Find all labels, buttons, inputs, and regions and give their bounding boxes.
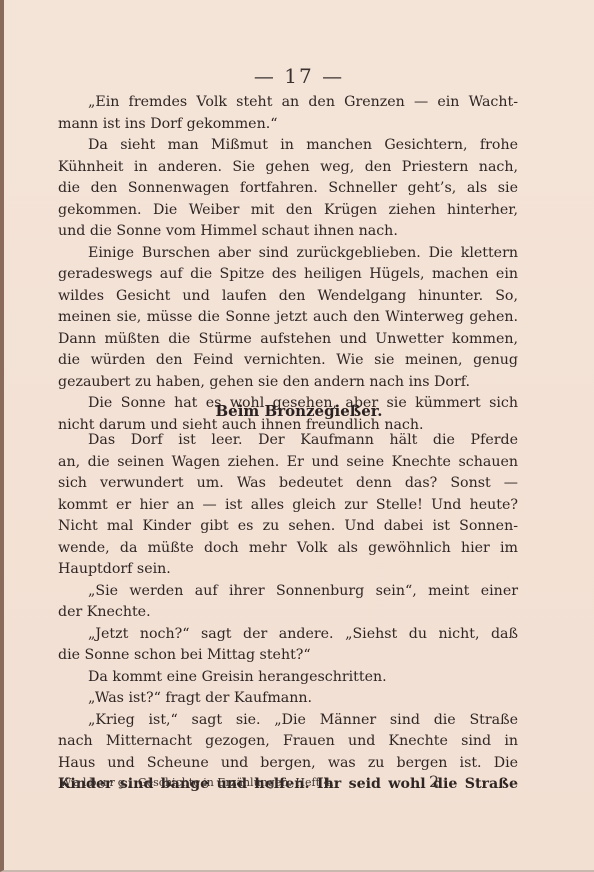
text-line: und die Sonne vom Himmel schaut ihnen na… (58, 221, 518, 243)
text-line: „Was ist?“ fragt der Kaufmann. (58, 688, 518, 710)
text-line: der Knechte. (58, 602, 518, 624)
text-line: Da sieht man Mißmut in manchen Gesichter… (58, 135, 518, 157)
text-line: gekommen. Die Weiber mit den Krügen zieh… (58, 200, 518, 222)
text-line: kommt er hier an — ist alles gleich zur … (58, 495, 518, 517)
text-line: „Sie werden auf ihrer Sonnenburg sein“, … (58, 581, 518, 603)
text-line: Haus und Scheune und bergen, was zu berg… (58, 753, 518, 775)
text-line: gezaubert zu haben, gehen sie den andern… (58, 372, 518, 394)
text-line: „Jetzt noch?“ sagt der andere. „Siehst d… (58, 624, 518, 646)
text-line: Kühnheit in anderen. Sie gehen weg, den … (58, 157, 518, 179)
text-line: wende, da müßte doch mehr Volk als gewöh… (58, 538, 518, 560)
text-line: Das Dorf ist leer. Der Kaufmann hält die… (58, 430, 518, 452)
page-number-header: — 17 — (4, 64, 594, 88)
book-page: — 17 — „Ein fremdes Volk steht an den Gr… (0, 0, 594, 872)
text-line: die würden den Feind vernichten. Wie sie… (58, 350, 518, 372)
text-line: mann ist ins Dorf gekommen.“ (58, 114, 518, 136)
chapter-heading: Beim Bronzegießer. (4, 402, 594, 420)
footer-issue: Heft 4. (295, 776, 334, 789)
section-text-1: „Ein fremdes Volk steht an den Grenzen —… (58, 92, 518, 436)
text-line: sich verwundert um. Was bedeutet denn da… (58, 473, 518, 495)
text-line: Einige Burschen aber sind zurückgebliebe… (58, 243, 518, 265)
footer-signature-mark: 2 (429, 772, 439, 791)
text-line: an, die seinen Wagen ziehen. Er und sein… (58, 452, 518, 474)
text-line: Dann müßten die Stürme aufstehen und Unw… (58, 329, 518, 351)
text-line: die den Sonnenwagen fortfahren. Schnelle… (58, 178, 518, 200)
footer-signature-line: Walburg, Geschichte in Erzählungen. Heft… (60, 776, 480, 789)
text-line: wildes Gesicht und laufen den Wendelgang… (58, 286, 518, 308)
text-line: Da kommt eine Greisin herangeschritten. (58, 667, 518, 689)
section-text-2: Das Dorf ist leer. Der Kaufmann hält die… (58, 430, 518, 796)
footer-author: Walburg, (60, 776, 134, 789)
text-line: Hauptdorf sein. (58, 559, 518, 581)
text-line: geradeswegs auf die Spitze des heiligen … (58, 264, 518, 286)
footer-title: Geschichte in Erzählungen. (138, 776, 292, 789)
text-line: meinen sie, müsse die Sonne jetzt auch d… (58, 307, 518, 329)
text-line: „Ein fremdes Volk steht an den Grenzen —… (58, 92, 518, 114)
text-line: Nicht mal Kinder gibt es zu sehen. Und d… (58, 516, 518, 538)
text-line: nach Mitternacht gezogen, Frauen und Kne… (58, 731, 518, 753)
text-line: die Sonne schon bei Mittag steht?“ (58, 645, 518, 667)
text-line: „Krieg ist,“ sagt sie. „Die Männer sind … (58, 710, 518, 732)
